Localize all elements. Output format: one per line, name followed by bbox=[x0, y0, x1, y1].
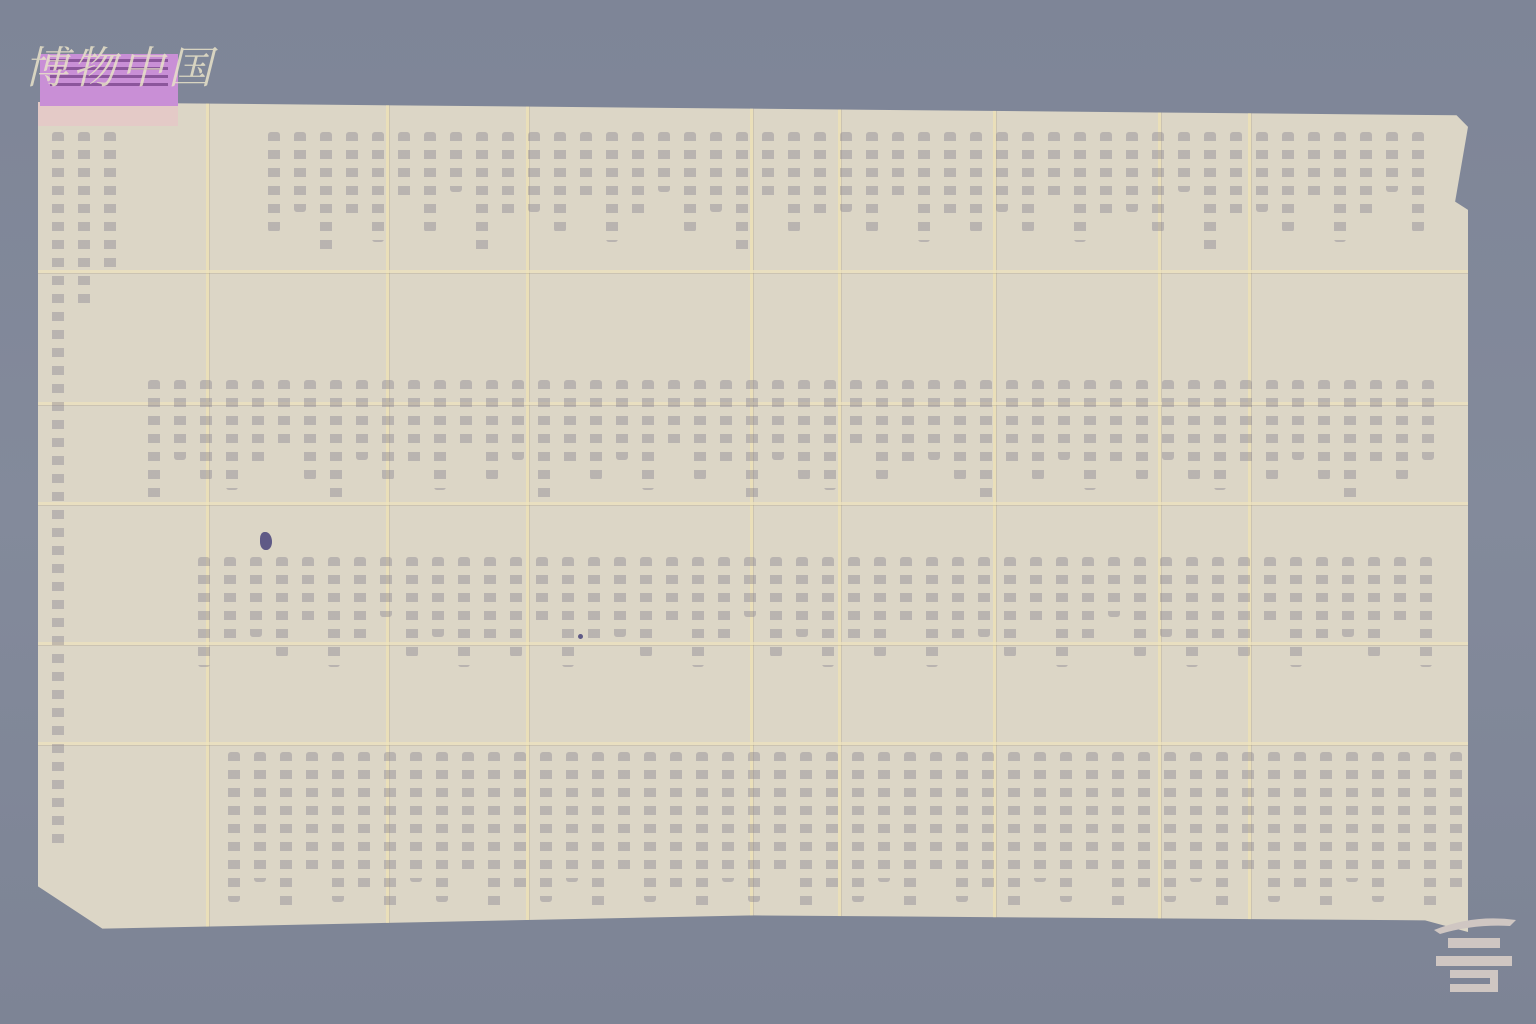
ink-stain bbox=[578, 634, 583, 639]
handwriting-column-block bbox=[198, 557, 1432, 667]
handwriting-column bbox=[52, 132, 64, 852]
ink-stain bbox=[260, 532, 272, 550]
handwriting-column-block bbox=[52, 132, 116, 892]
watermark-text: 博物中国 bbox=[24, 32, 216, 96]
pavilion-logo-icon bbox=[1426, 912, 1522, 998]
handwritten-document bbox=[38, 102, 1468, 932]
fold-crease-horizontal bbox=[38, 502, 1468, 505]
handwriting-column-block bbox=[228, 752, 1462, 912]
handwriting-column bbox=[104, 132, 116, 272]
handwriting-column-block bbox=[268, 132, 1424, 252]
fold-crease-horizontal bbox=[38, 742, 1468, 745]
handwriting-column-block bbox=[148, 380, 1434, 500]
handwriting-column bbox=[78, 132, 90, 312]
fold-crease-vertical bbox=[206, 102, 209, 932]
fold-crease-horizontal bbox=[38, 270, 1468, 273]
